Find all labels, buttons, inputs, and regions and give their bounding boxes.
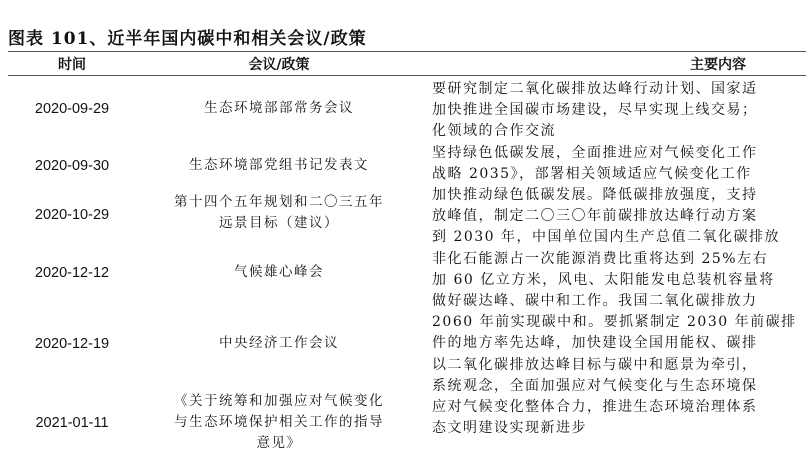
content-line: 化领域的合作交流 [432,121,806,142]
meeting-line: 第十四个五年规划和二〇三五年 [140,192,418,213]
content-line: 战略 2035》，部署相关领域适应气候变化工作 [432,164,806,185]
meeting-line: 远景目标（建议） [140,213,418,234]
row-meeting: 生态环境部党组书记发表文 [140,155,418,176]
row-date: 2020-12-12 [8,265,136,281]
table-top-rule [8,51,806,52]
content-column: 要研究制定二氧化碳排放达峰行动计划、国家适 加快推进全国碳市场建设，尽早实现上线… [432,79,806,439]
content-line: 放峰值，制定二〇三〇年前碳排放达峰行动方案 [432,206,806,227]
meeting-line: 《关于统筹和加强应对气候变化 [140,391,418,412]
content-line: 2060 年前实现碳中和。要抓紧制定 2030 年前碳排 [432,312,806,333]
content-line: 加快推动绿色低碳发展。降低碳排放强度，支持 [432,185,806,206]
content-line: 加 60 亿立方米，风电、太阳能发电总装机容量将 [432,270,806,291]
content-line: 坚持绿色低碳发展，全面推进应对气候变化工作 [432,143,806,164]
content-line: 系统观念，全面加强应对气候变化与生态环境保 [432,376,806,397]
content-line: 要研究制定二氧化碳排放达峰行动计划、国家适 [432,79,806,100]
row-meeting: 中央经济工作会议 [140,333,418,354]
content-line: 件的地方率先达峰，加快建设全国用能权、碳排 [432,333,806,354]
row-meeting: 气候雄心峰会 [140,262,418,283]
content-line: 做好碳达峰、碳中和工作。我国二氧化碳排放力 [432,291,806,312]
row-meeting: 第十四个五年规划和二〇三五年 远景目标（建议） [140,192,418,234]
meeting-line: 生态环境部部常务会议 [140,98,418,119]
content-line: 非化石能源占一次能源消费比重将达到 25%左右 [432,249,806,270]
row-meeting: 生态环境部部常务会议 [140,98,418,119]
header-meeting: 会议/政策 [140,54,418,74]
content-line: 到 2030 年，中国单位国内生产总值二氧化碳排放 [432,227,806,248]
header-bottom-rule [8,75,806,76]
header-content: 主要内容 [690,54,806,74]
row-date: 2021-01-11 [8,415,136,431]
header-date: 时间 [8,54,136,74]
content-line: 态文明建设实现新进步 [432,418,806,439]
meeting-line: 生态环境部党组书记发表文 [140,155,418,176]
row-date: 2020-10-29 [8,207,136,223]
content-line: 加快推进全国碳市场建设，尽早实现上线交易； [432,100,806,121]
content-line: 以二氧化碳排放达峰目标与碳中和愿景为牵引， [432,355,806,376]
row-meeting: 《关于统筹和加强应对气候变化 与生态环境保护相关工作的指导 意见》 [140,391,418,454]
meeting-line: 中央经济工作会议 [140,333,418,354]
row-date: 2020-12-19 [8,336,136,352]
meeting-line: 气候雄心峰会 [140,262,418,283]
content-line: 应对气候变化整体合力，推进生态环境治理体系 [432,397,806,418]
meeting-line: 意见》 [140,433,418,454]
row-date: 2020-09-29 [8,101,136,117]
meeting-line: 与生态环境保护相关工作的指导 [140,412,418,433]
row-date: 2020-09-30 [8,158,136,174]
figure-title: 图表 101、近半年国内碳中和相关会议/政策 [8,24,367,49]
